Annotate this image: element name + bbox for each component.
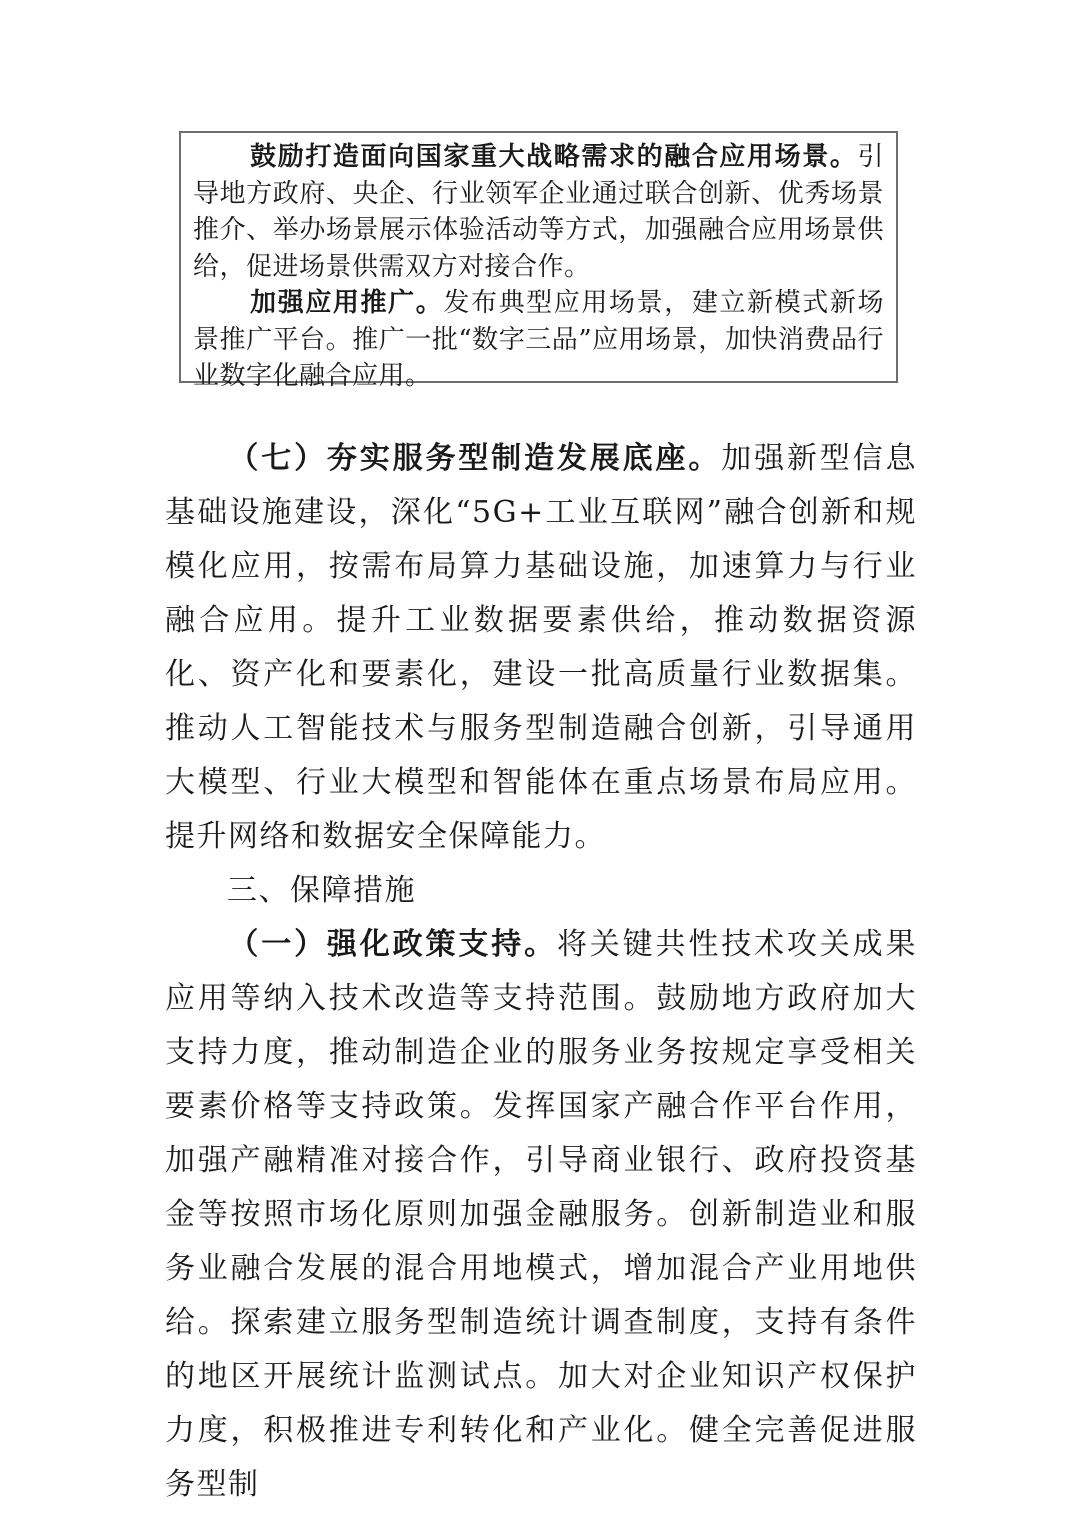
box-paragraph-heading: 鼓励打造面向国家重大战略需求的融合应用场景。 (249, 142, 857, 172)
paragraph-section-seven: （七）夯实服务型制造发展底座。加强新型信息基础设施建设，深化“5G+工业互联网”… (165, 432, 917, 864)
page-number: 7 (0, 1418, 1080, 1437)
part-three-heading: 三、保障措施 (227, 873, 416, 908)
measure-one-text: 将关键共性技术攻关成果应用等纳入技术改造等支持范围。鼓励地方政府加大支持力度，推… (165, 927, 917, 1502)
section-seven-text: 加强新型信息基础设施建设，深化“5G+工业互联网”融合创新和规模化应用，按需布局… (165, 441, 917, 854)
box-paragraph-promotion: 加强应用推广。发布典型应用场景，建立新模式新场景推广平台。推广一批“数字三品”应… (193, 285, 884, 395)
measure-one-heading: （一）强化政策支持。 (227, 927, 557, 962)
paragraph-part-three: 三、保障措施 (165, 864, 917, 918)
document-body: （七）夯实服务型制造发展底座。加强新型信息基础设施建设，深化“5G+工业互联网”… (165, 432, 917, 1512)
box-paragraph-heading: 加强应用推广。 (249, 288, 443, 318)
section-seven-heading: （七）夯实服务型制造发展底座。 (227, 441, 721, 476)
box-paragraph-scenarios: 鼓励打造面向国家重大战略需求的融合应用场景。引导地方政府、央企、行业领军企业通过… (193, 139, 884, 285)
boxed-note: 鼓励打造面向国家重大战略需求的融合应用场景。引导地方政府、央企、行业领军企业通过… (179, 131, 898, 383)
